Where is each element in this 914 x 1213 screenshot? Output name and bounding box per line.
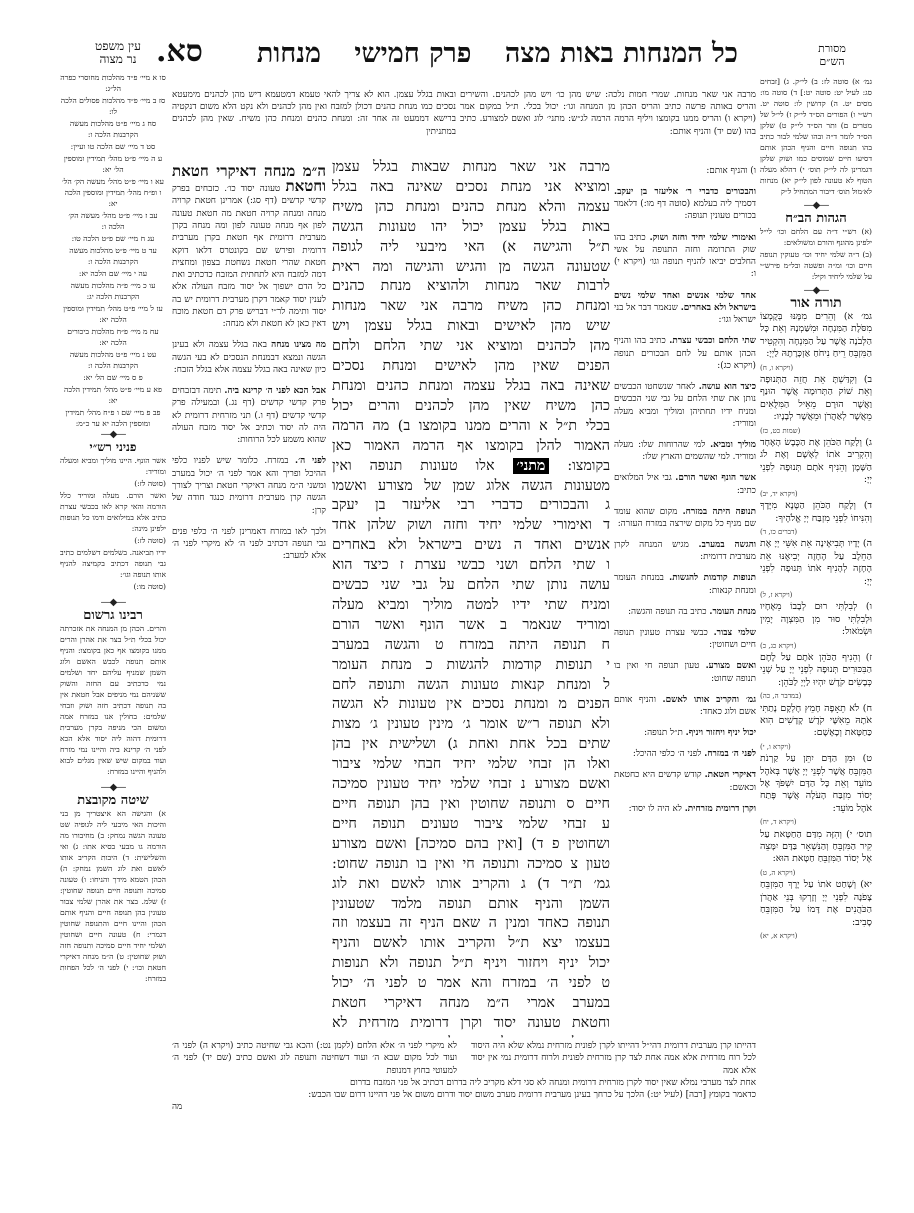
ner-mitzvah-title: נר מצוה (78, 53, 158, 66)
torah-or-verse: ב) וְקִדַּשְׁתָּ אֵת חֲזֵה הַתְּנוּפָה ו… (760, 374, 872, 424)
tosafot-entry: אבל הכא לפני ה׳ קרינא ביה. תימה דבזבחים … (172, 385, 326, 446)
gemara-line: היה לו יסוד אבל הכא לפני ה׳ קרינא ביה: (332, 1034, 610, 1038)
page-header: עין משפט נר מצוה סא. כל המנחות באות מצה … (0, 0, 914, 70)
gemara-line: באות בגלל עצמן יכול יהו טעונות הגשה (332, 218, 610, 238)
ein-mishpat-entry: עח מ מיי׳ פ״ח מהלכות ביכורים הלכה יא: (60, 326, 166, 348)
gemara-line: ושחוטין פ ד) [ואין בהם סמיכה] ואשם מצורע (332, 835, 610, 855)
ein-mishpat-entry: סו א מיי׳ פ״ד מהלכות מחוסרי כפרה הל״ג: (60, 72, 166, 94)
rashi-column: ו) והניף אותם: והבכורים כדברי ר׳ אליעזר … (614, 156, 756, 1026)
mesorat-header: מסורת הש״ם (792, 42, 872, 68)
ein-mishpat-entry: פב פ מיי׳ שם ו פ״ח מהל׳ תמידין ומוספין ה… (60, 407, 166, 429)
penei-rashi-entry: ואשר הורם. מעלה ומוריד כלל הורמה והאי קר… (60, 490, 166, 534)
gemara-line: הפנים מ ומנחת נסכים אין טעונות לא הגשה (332, 695, 610, 715)
torah-or-list: גמ׳ א) וְהֵרִים מִמֶּנּוּ בְּקֻמְצוֹ מִס… (760, 311, 872, 942)
ein-mishpat-entry: סט ד מיי׳ שם הלכה טו ועיין: (60, 141, 166, 152)
mesorat-title: מסורת (792, 42, 872, 55)
torah-or-verse: ט) וּמִן הַדָּם יִתֵּן עַל קַרְנֹת הַמִּ… (760, 753, 872, 815)
ornament-divider: —◆— (60, 598, 166, 608)
penei-rashi-ref: (סוטה לז:) (60, 478, 166, 489)
torah-or-ref: (ויקרא א, יא) (760, 930, 872, 942)
gemara-line: ט לפני ה׳ במזרח והא אמר ט לפני ה׳ יכול (332, 974, 610, 994)
ein-mishpat-entry: פא ע מיי׳ פ״ט מהל׳ תמידין הלכה יא: (60, 384, 166, 406)
gemara-line: גמ׳ ת״ר ד) ג והקריב אותו לאשם ואת לוג (332, 875, 610, 895)
gemara-line: תנופה כאחד ומנין ה שאם הניף זה בעצמו וזה (332, 914, 610, 934)
torah-or-title: תורה אור (760, 298, 872, 309)
shita-mekubetzet-text: א) והגישה הא איצטריך מן בני והיכות האי מ… (60, 808, 166, 984)
gemara-line: עצמה והלא מנחת כהנים ומנחת כהן משיח (332, 198, 610, 218)
gemara-line: שתים בכל אחת ואחת ג) ושלישית אין בהן (332, 735, 610, 755)
gemara-line: מרבה אני שאר מנחות שבאות בגלל עצמן (332, 158, 610, 178)
rashi-entry: מנחת העומר. כתיב בה תנופה והגשה: (614, 606, 756, 618)
gemara-line: ג והבכורים כדברי רבי אליעזר בן יעקב (332, 496, 610, 516)
torah-or-ref: (ויקרא ו, ח) (760, 362, 872, 374)
rashi-entry: כיצד הוא עושה. לאחר שנשחטו הכבשים נותן א… (614, 381, 756, 430)
gemara-line: ח תנופה היתה במזרח ט והגשה במערב (332, 636, 610, 656)
gemara-line: השמן והניף אותם תנופה מלמד שטעונין (332, 895, 610, 915)
gemara-line: יכול יניף ויחזור ויניף ת״ל תנופה ולא תנו… (332, 954, 610, 974)
chapter-title: כל המנחות באות מצה (505, 38, 738, 69)
ornament-divider: —◆— (760, 201, 872, 211)
rashi-entry: וקרן דרומית מזרחית. לא היה לו יסוד: (614, 803, 756, 815)
gemara-line: טעון צ סמיכה ותנופה חי ואין בו תנופה שחו… (332, 855, 610, 875)
rashi-entry: תנופות קודמות להגשות. במנחת העומר ומנחת … (614, 572, 756, 597)
rashi-entry: יכול יניף ויחזור ויניף. ת״ל תנופה: (614, 727, 756, 739)
torah-or-verse: ז) וְהֵנִיף הַכֹּהֵן אֹתָם עַל לֶחֶם הַב… (760, 652, 872, 689)
tosafot-top-text: ובאות בגלל עצמן. הוא לא צריך להאי טעמא ד… (172, 89, 456, 138)
gemara-line: וחטאת טעונה יסוד וקרן דרומית מזרחית לא (332, 1014, 610, 1034)
torah-or-verse: ג) וְלָקַח הַכֹּהֵן אֶת הַכֶּבֶשׂ הָאֶחָ… (760, 437, 872, 487)
rashi-entry: אשר הונף ואשר הורם. גבי איל המלואים כתיב… (614, 472, 756, 497)
bottom-catchword: מה (172, 1101, 756, 1113)
ein-mishpat-entry: עו כ מיי׳ פ״ה מהלכות מעשה הקרבנות הלכה י… (60, 280, 166, 302)
gemara-line: ומוריד שנאמר ב אשר הונף ואשר הורם (332, 616, 610, 636)
gemara-line: חיים ס ותנופה שחוטין ואין בהן תנופה חיים (332, 795, 610, 815)
gemara-line: שיש מהן לאישים ובאות בגלל עצמן ויש (332, 317, 610, 337)
ein-mishpat-entry: עא ו מיי׳ פ״ט מהל׳ מעשה הק׳ הל׳ ו ופ״ח מ… (60, 176, 166, 209)
folio-number: סא. (156, 34, 203, 69)
hashas-title: הש״ם (792, 55, 872, 68)
gemara-line: ואלו הן זבחי שלמי יחיד חבחי שלמי ציבור (332, 755, 610, 775)
bottom-commentary: דהייתו קרן מערבית דרומית דהי״ל דהייתו לק… (172, 1040, 756, 1114)
ein-mishpat-entry: עד ט מיי׳ פ״ט מהלכות מעשה הקרבנות הלכה ו… (60, 245, 166, 267)
torah-or-verse: גמ׳ א) וְהֵרִים מִמֶּנּוּ בְּקֻמְצוֹ מִס… (760, 311, 872, 361)
rashi-entry: תנופה היתה במזרח. מקום שהוא עומד שם מניף… (614, 506, 756, 531)
gemara-line: ע זבחי שלמי ציבור טעונים תנופה חיים (332, 815, 610, 835)
penei-rashi-entry: ידיו תביאנה. בשלמים דשלמים כתיב גבי תנופ… (60, 547, 166, 580)
torah-or-ref: (ויקרא ה, ט) (760, 867, 872, 879)
rashi-entry: והבכורים כדברי ר׳ אליעזר בן יעקב. דסמיך … (614, 186, 756, 223)
ein-mishpat-entry: פ ס מיי׳ שם הל׳ יא: (60, 372, 166, 383)
torah-or-ref: (ויקרא כג, כ) (760, 640, 872, 652)
ein-mishpat-entry: סח ג מיי׳ פ״ט מהלכות מעשה הקרבנות הלכה ו… (60, 118, 166, 140)
gemara-line: מהן לכהנים ומוציא אני שתי הלחם ולחם (332, 337, 610, 357)
gemara-line: ולא תנופה ר״ש אומר ג׳ מינין טעונין ג׳ מצ… (332, 715, 610, 735)
gemara-line: ומניח שתי ידיו למטה מוליך ומביא מעלה (332, 596, 610, 616)
rashi-entry: ו) והניף אותם: (614, 165, 756, 177)
gemara-line: שטעונה הגשה מן והגיש והגישה ומה ראית (332, 258, 610, 278)
bottom-tosafot-continuation: לא מיקרי לפני ה׳ אלא הלחם (לקמן נט:) והכ… (172, 1040, 457, 1077)
rashi-entry: גמ׳ והקריב אותו לאשם. והניף אותם אשם ולו… (614, 694, 756, 719)
shita-mekubetzet-title: שיטה מקובצת (60, 795, 166, 806)
torah-or-verse: יא) וְשָׁחַט אֹתוֹ עַל יֶרֶךְ הַמִּזְבֵּ… (760, 879, 872, 929)
gemara-line: ואשם מצורע נ זבחי שלמי יחיד טעונין סמיכה (332, 775, 610, 795)
bottom-rashi-continuation: דהייתו קרן מערבית דרומית דהי״ל דהייתו לק… (471, 1040, 756, 1077)
gemara-line: ומוציא אני מנחת נסכים שאינה באה בגלל (332, 178, 610, 198)
ornament-divider: —◆— (60, 430, 166, 440)
rashi-entry: ואשם מצורע. טעון תנופה חי ואין בו תנופה … (614, 660, 756, 685)
penei-rashi-ref: (סוטה מו:) (60, 581, 166, 592)
rashi-entry: והגשה במערב. מגיש המנחה לקרן מערבית דרומ… (614, 539, 756, 564)
torah-or-ref: (ויקרא ד, יח) (760, 816, 872, 828)
ein-mishpat-entry: עג ח מיי׳ שם פ״ט הלכה טו: (60, 233, 166, 244)
torah-or-ref: (במדבר ה, כה) (760, 690, 872, 702)
ein-mishpat-entry: עה י מיי׳ שם הלכה יא: (60, 268, 166, 279)
hagahot-habach-title: הגהות הב״ח (760, 213, 872, 224)
ein-mishpat-list: סו א מיי׳ פ״ד מהלכות מחוסרי כפרה הל״ג: ס… (60, 72, 166, 429)
rashi-entry: ואימורי שלמי יחיד וחזה ושוק. כתיב בהו שו… (614, 232, 756, 281)
gemara-main-text: מרבה אני שאר מנחות שבאות בגלל עצמן ומוצי… (332, 158, 610, 1038)
rabbeinu-gershom-title: רבינו גרשום (60, 610, 166, 621)
gemara-line-matni: בקומצו: מתני׳ אלו טעונות תנופה ואין (332, 457, 610, 477)
gemara-line: שאינה באה בגלל עצמה ומנחת כהנים ומנחת (332, 377, 610, 397)
rashi-top-block: מרבה אני שאר מנחות. שמרי חמות נלכה: שיש … (460, 80, 756, 154)
rashi-entry: אחד שלמי אנשים ואחד שלמי נשים בישראל ולא… (614, 290, 756, 327)
rashi-entry: לפני ה׳ במזרח. לפני ה׳ כלפי ההיכל: (614, 748, 756, 760)
torah-or-ref: (שמות כט, כז) (760, 425, 872, 437)
torah-or-ref: (דברים כו, ד) (760, 526, 872, 538)
hagahot-entry: (ב) ד״ה שלמי יחיד וכו׳ טעוקין תנופה חיים… (760, 249, 872, 282)
ornament-divider: —◆— (60, 783, 166, 793)
left-margin: סו א מיי׳ פ״ד מהלכות מחוסרי כפרה הל״ג: ס… (60, 72, 166, 1102)
rashi-entry: שתי הלחם וכבשי עצרת. כתיב בהו והניף הכהן… (614, 335, 756, 372)
gemara-line: לרבות שאר מנחות ולהוציא מנחת כהנים (332, 277, 610, 297)
perek-title: פרק חמישי (354, 38, 471, 69)
rashi-top-text: מרבה אני שאר מנחות. שמרי חמות נלכה: שיש … (460, 89, 756, 138)
ein-mishpat-entry: עב ז מיי׳ פ״ט מהל׳ מעשה הק׳ הלכה ו: (60, 210, 166, 232)
rashi-entry: מוליך ומביא. למי שהרוחות שלו: מעלה ומורי… (614, 439, 756, 464)
mesorat-hashas-text: גמ׳ א) סוטה לז: ב) לי״ק. ג) [זבחים סג: ל… (760, 76, 872, 197)
rashi-entry: דאיקרי חטאת. קודש קדשים היא כחטאת וכאשם: (614, 769, 756, 794)
gemara-line: ד ואימורי שלמי יחיד וחזה ושוק שלהן אחד (332, 516, 610, 536)
torah-or-verse: ו) לְבִלְתִּי רוּם לְבָבוֹ מֵאֶחָיו וּלְ… (760, 601, 872, 638)
gemara-line: ו שתי הלחם ושני כבשי עצרת ז כיצד הוא (332, 556, 610, 576)
rabbeinu-gershom-text: והרים. הכהן מן המנחה את אזכרתה יכול בכלי… (60, 623, 166, 777)
gemara-line: ומנחת כהן משיח מרבה אני שאר מנחות (332, 297, 610, 317)
gemara-line: ת״ל והגישה א) האי מיבעי ליה לגופה (332, 238, 610, 258)
tosafot-column: ה״מ מנחה דאיקרי חטאת וחטאת טעונה יסוד כו… (172, 156, 326, 1026)
gemara-line: י תנופות קודמות להגשות כ מנחת העומר (332, 656, 610, 676)
gemara-line: במערב אמרי ה״מ מנחה דאיקרי חטאת (332, 994, 610, 1014)
bottom-full-line: אחת לצד מערבי נמלא שאין יסוד לקרן מזרחית… (172, 1077, 756, 1089)
gemara-line: בעצמו יצא ת״ל והקריב אותו לאשם והניף (332, 934, 610, 954)
gemara-line: הפנים שאין מהן לאישים ומנחת נסכים (332, 357, 610, 377)
gemara-line: מטעונות הגשה אלוג שמן של מצורע ואשמו (332, 477, 610, 497)
mishnah-marker: מתני׳ (513, 458, 550, 474)
gemara-line: אנשים ואחד ה נשים בישראל ולא באחרים (332, 536, 610, 556)
gemara-line: בכלי ת״ל א והרים ממנו בקומצו ב) מה הרמה (332, 417, 610, 437)
ein-mishpat-entry: ע ה מיי׳ פ״ט מהל׳ תמידין ומוספין הל׳ יא: (60, 153, 166, 175)
torah-or-ref: (ויקרא יד, יב) (760, 488, 872, 500)
torah-or-verse: ח) לֹא תֵאָפֶה חָמֵץ חֶלְקָם נָתַתִּי אֹ… (760, 703, 872, 740)
tosafot-entry: לפני ה׳. במזרח. כלומר שיש לפניו כלפי ההי… (172, 455, 326, 516)
ein-mishpat-entry: עט נ מיי׳ פ״ט מהלכות מעשה הקרבנות הלכה ו… (60, 349, 166, 371)
right-margin: גמ׳ א) סוטה לז: ב) לי״ק. ג) [זבחים סג: ל… (760, 76, 872, 1076)
penei-rashi-ref: (סוטה לז:) (60, 535, 166, 546)
ein-mishpat-entry: סז ב מיי׳ פ״ד מהלכות פסולים הלכה לו: (60, 95, 166, 117)
penei-rashi-title: פניני רש״י (60, 442, 166, 453)
tosafot-entry: מה מצינו מנחה באה בגלל עצמה ולא בעינן הג… (172, 339, 326, 376)
ein-mishpat-entry: עז ל מיי׳ פ״ט מהל׳ תמידין ומוספין הלכה י… (60, 303, 166, 325)
penei-rashi-entry: אשר הונף. היינו מוליך ומביא ומעלה ומוריד… (60, 455, 166, 477)
gemara-line: ל ומנחת קנאות טעונות הגשה ותנופה לחם (332, 676, 610, 696)
tosafot-entry: ולכך לאו במזרח דאמרינן לפני ה׳ כלפי פנים… (172, 526, 326, 563)
tractate-title: מנחות (257, 38, 321, 69)
torah-or-verse: ד) וְלָקַח הַכֹּהֵן הַטֶּנֶא מִיָּדֶךָ ו… (760, 500, 872, 525)
torah-or-ref: (ויקרא ז, ל) (760, 589, 872, 601)
gemara-line: עושה נותן שתי הלחם על גבי שני כבשים (332, 576, 610, 596)
torah-or-ref: (ויקרא ו, י) (760, 741, 872, 753)
torah-or-verse: תוס׳ י) וְהִזָּה מִדַּם הַחַטָּאת עַל קִ… (760, 829, 872, 866)
running-title: כל המנחות באות מצה פרק חמישי מנחות (250, 38, 750, 69)
ein-mishpat-header: עין משפט נר מצוה (78, 40, 158, 66)
tosafot-entry: ה״מ מנחה דאיקרי חטאת וחטאת טעונה יסוד כו… (172, 165, 326, 331)
bottom-full-line: כדאמר בקומץ [רבה] (לעיל יט:) הלכך על כרח… (172, 1089, 756, 1101)
gemara-line: האמור להלן בקומצו אף הרמה האמור כאן (332, 437, 610, 457)
tosafot-top-block: ובאות בגלל עצמן. הוא לא צריך להאי טעמא ד… (172, 80, 456, 154)
gemara-line: כהן משיח שאין מהן לכהנים והרים יכול (332, 397, 610, 417)
rashi-entry: שלמי צבור. כבשי עצרת טעונין תנופה חיים ו… (614, 627, 756, 652)
hagahot-entry: (א) רש״י ד״ה עם הלחם וכו׳ לי״ל ילפינן מה… (760, 226, 872, 248)
torah-or-verse: ה) יָדָיו תְּבִיאֶינָה אֵת אִשֵּׁי יְיָ … (760, 538, 872, 588)
